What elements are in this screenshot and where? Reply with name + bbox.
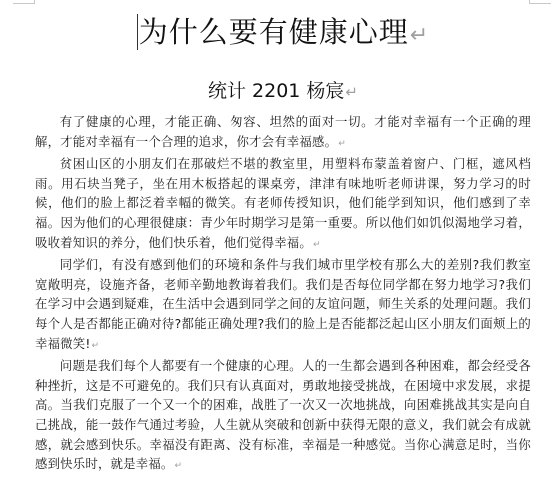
- paragraph-mark-icon: ↵: [338, 139, 346, 149]
- paragraph-text: 同学们，有没有感到他们的环境和条件与我们城市里学校有那么大的差别?我们教室宽敞明…: [35, 257, 531, 350]
- paragraph-mark-icon: ↵: [313, 240, 321, 250]
- author-line[interactable]: 统计 2201 杨宸↵: [35, 78, 531, 105]
- page-margin-corner-top-left: [13, 0, 35, 4]
- text-cursor: [137, 14, 138, 50]
- page-margin-corner-top-right: [529, 0, 551, 4]
- title-text: 为什么要有健康心理: [139, 15, 409, 49]
- paragraph[interactable]: 同学们，有没有感到他们的环境和条件与我们城市里学校有那么大的差别?我们教室宽敞明…: [35, 255, 531, 356]
- document-title[interactable]: 为什么要有健康心理↵: [35, 14, 531, 54]
- paragraph-mark-icon: ↵: [410, 23, 429, 48]
- document-page[interactable]: 为什么要有健康心理↵ 统计 2201 杨宸↵ 有了健康的心理，才能正确、匆容、坦…: [35, 0, 531, 477]
- paragraph-mark-icon: ↵: [175, 461, 183, 471]
- paragraph-text: 贫困山区的小朋友们在那破烂不堪的教室里，用塑料布蒙盖着窗户、门框，遮风档雨。用石…: [35, 156, 531, 249]
- document-body[interactable]: 有了健康的心理，才能正确、匆容、坦然的面对一切。才能对幸福有一个正确的理解，才能…: [35, 112, 531, 477]
- paragraph-mark-icon: ↵: [92, 341, 100, 351]
- paragraph[interactable]: 问题是我们每个人都要有一个健康的心理。人的一生都会遇到各种困难，都会经受各种挫折…: [35, 356, 531, 477]
- paragraph-text: 问题是我们每个人都要有一个健康的心理。人的一生都会遇到各种困难，都会经受各种挫折…: [35, 358, 531, 471]
- paragraph-text: 有了健康的心理，才能正确、匆容、坦然的面对一切。才能对幸福有一个正确的理解，才能…: [35, 114, 531, 149]
- paragraph[interactable]: 贫困山区的小朋友们在那破烂不堪的教室里，用塑料布蒙盖着窗户、门框，遮风档雨。用石…: [35, 154, 531, 255]
- paragraph-mark-icon: ↵: [345, 83, 358, 101]
- paragraph[interactable]: 有了健康的心理，才能正确、匆容、坦然的面对一切。才能对幸福有一个正确的理解，才能…: [35, 112, 531, 154]
- author-text: 统计 2201 杨宸: [208, 80, 344, 102]
